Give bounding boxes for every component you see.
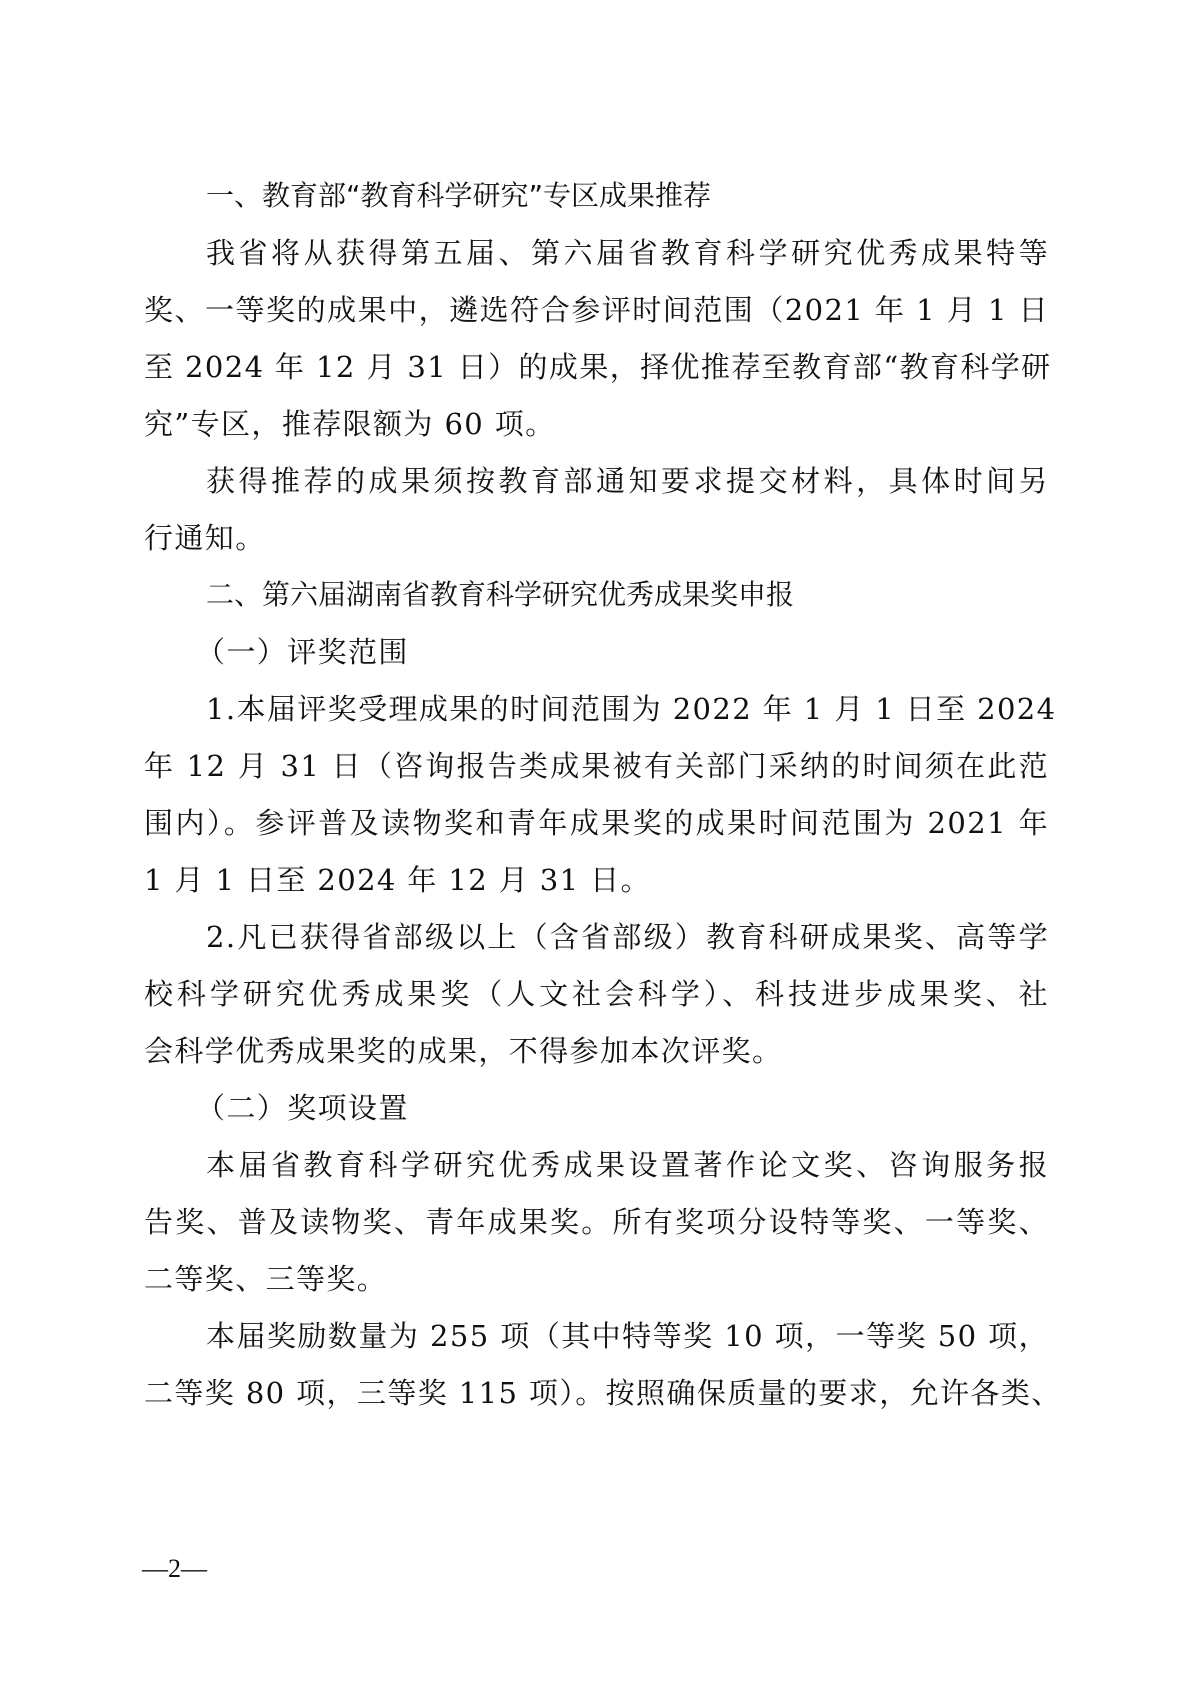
document-page: 一、教育部“教育科学研究”专区成果推荐 我省将从获得第五届、第六届省教育科学研究… bbox=[0, 0, 1191, 1684]
paragraph-line: 1 月 1 日至 2024 年 12 月 31 日。 bbox=[144, 860, 1049, 900]
paragraph-line: 我省将从获得第五届、第六届省教育科学研究优秀成果特等 bbox=[206, 233, 1049, 273]
paragraph-line: 2.凡已获得省部级以上（含省部级）教育科研成果奖、高等学 bbox=[206, 917, 1049, 957]
paragraph-line: 年 12 月 31 日（咨询报告类成果被有关部门采纳的时间须在此范 bbox=[144, 746, 1049, 786]
paragraph-line: 二等奖、三等奖。 bbox=[144, 1259, 1049, 1299]
paragraph-line: 本届奖励数量为 255 项（其中特等奖 10 项，一等奖 50 项， bbox=[206, 1316, 1049, 1356]
section-heading-2: 二、第六届湖南省教育科学研究优秀成果奖申报 bbox=[206, 575, 1111, 615]
paragraph-line: 行通知。 bbox=[144, 518, 1049, 558]
paragraph-line: 校科学研究优秀成果奖（人文社会科学）、科技进步成果奖、社 bbox=[144, 974, 1049, 1014]
paragraph-line: 本届省教育科学研究优秀成果设置著作论文奖、咨询服务报 bbox=[206, 1145, 1049, 1185]
paragraph-line: 1.本届评奖受理成果的时间范围为 2022 年 1 月 1 日至 2024 bbox=[206, 689, 1049, 729]
paragraph-line: 获得推荐的成果须按教育部通知要求提交材料，具体时间另 bbox=[206, 461, 1049, 501]
paragraph-line: 围内）。参评普及读物奖和青年成果奖的成果时间范围为 2021 年 bbox=[144, 803, 1049, 843]
paragraph-line: 究”专区，推荐限额为 60 项。 bbox=[144, 404, 1049, 444]
section-heading-1: 一、教育部“教育科学研究”专区成果推荐 bbox=[206, 176, 1111, 216]
paragraph-line: 至 2024 年 12 月 31 日）的成果，择优推荐至教育部“教育科学研 bbox=[144, 347, 1049, 387]
page-number: —2— bbox=[142, 1554, 207, 1584]
paragraph-line: 二等奖 80 项，三等奖 115 项）。按照确保质量的要求，允许各类、 bbox=[144, 1373, 1049, 1413]
paragraph-line: 告奖、普及读物奖、青年成果奖。所有奖项分设特等奖、一等奖、 bbox=[144, 1202, 1049, 1242]
subsection-heading: （二）奖项设置 bbox=[196, 1088, 1101, 1128]
paragraph-line: 会科学优秀成果奖的成果，不得参加本次评奖。 bbox=[144, 1031, 1049, 1071]
paragraph-line: 奖、一等奖的成果中，遴选符合参评时间范围（2021 年 1 月 1 日 bbox=[144, 290, 1049, 330]
subsection-heading: （一）评奖范围 bbox=[196, 632, 1101, 672]
